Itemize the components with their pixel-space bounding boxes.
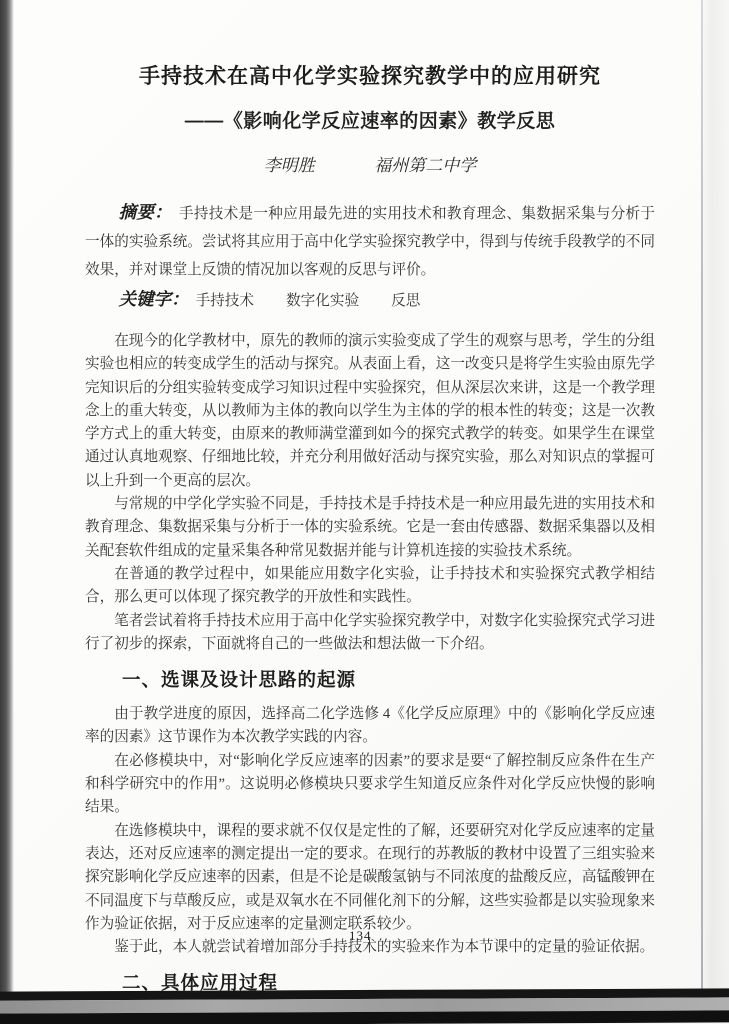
scan-edge-left bbox=[0, 0, 14, 1024]
page-number: 134 bbox=[349, 928, 372, 944]
section-heading-1: 一、选课及设计思路的起源 bbox=[85, 666, 655, 692]
intro-paragraph: 在普通的教学过程中，如果能应用数字化实验，让手持技术和实验探究式教学相结合，那么… bbox=[85, 563, 655, 610]
scan-edge-bottom bbox=[0, 988, 729, 1024]
scanned-page: 手持技术在高中化学实验探究教学中的应用研究 ——《影响化学反应速率的因素》教学反… bbox=[0, 0, 729, 1024]
keywords-label: 关键字： bbox=[119, 289, 189, 309]
paper-title: 手持技术在高中化学实验探究教学中的应用研究 bbox=[85, 60, 655, 90]
body-text: 在现今的化学教材中，原先的教师的演示实验变成了学生的观察与思考，学生的分组实验也… bbox=[85, 330, 655, 995]
intro-paragraph: 笔者尝试着将手持技术应用于高中化学实验探究教学中，对数字化实验探究式学习进行了初… bbox=[85, 610, 655, 657]
keywords-line: 关键字：手持技术数字化实验反思 bbox=[85, 284, 655, 316]
abstract: 摘要：手持技术是一种应用最先进的实用技术和教育理念、集数据采集与分析于一体的实验… bbox=[85, 198, 655, 284]
author-line: 李明胜福州第二中学 bbox=[85, 151, 655, 176]
intro-paragraph: 与常规的中学化学实验不同是，手持技术是手持技术是一种应用最先进的实用技术和教育理… bbox=[85, 493, 655, 563]
section-paragraph: 由于教学进度的原因，选择高二化学选修 4《化学反应原理》中的《影响化学反应速率的… bbox=[85, 703, 655, 750]
author-affiliation: 福州第二中学 bbox=[374, 156, 476, 175]
section-paragraph: 在必修模块中，对“影响化学反应速率的因素”的要求是要“了解控制反应条件在生产和科… bbox=[85, 750, 655, 820]
section-paragraph: 在选修模块中，课程的要求就不仅仅是定性的了解，还要研究对化学反应速率的定量表达，… bbox=[85, 820, 655, 936]
abstract-label: 摘要： bbox=[119, 202, 172, 222]
scan-band-dark bbox=[0, 1010, 729, 1024]
keyword-item: 数字化实验 bbox=[286, 293, 359, 309]
keyword-item: 手持技术 bbox=[196, 293, 254, 309]
page-fold-shadow bbox=[700, 0, 729, 992]
intro-paragraph: 在现今的化学教材中，原先的教师的演示实验变成了学生的观察与思考，学生的分组实验也… bbox=[85, 330, 655, 493]
paper-subtitle: ——《影响化学反应速率的因素》教学反思 bbox=[85, 106, 655, 133]
page-fold-line bbox=[701, 0, 703, 992]
paper-content: 手持技术在高中化学实验探究教学中的应用研究 ——《影响化学反应速率的因素》教学反… bbox=[85, 60, 655, 1006]
author-name: 李明胜 bbox=[264, 156, 315, 175]
keyword-item: 反思 bbox=[391, 293, 420, 309]
